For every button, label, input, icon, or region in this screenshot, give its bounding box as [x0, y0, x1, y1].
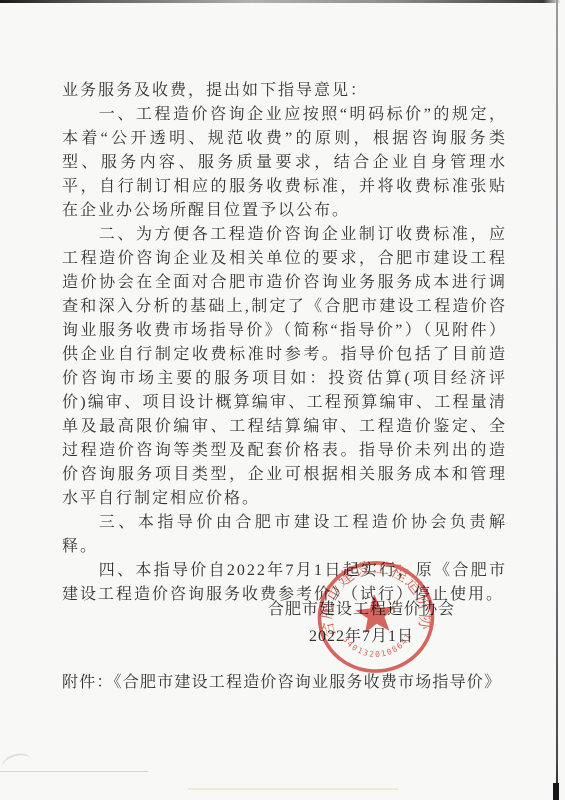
- scanned-document-page: 业务服务及收费，提出如下指导意见： 一、工程造价咨询企业应按照“明码标价”的规定…: [0, 0, 565, 800]
- paragraph-item-3: 三、本指导价由合肥市建设工程造价协会负责解释。: [62, 511, 507, 559]
- official-seal: 合肥市建设工程造价协会 3401320108641: [316, 558, 436, 676]
- document-body: 业务服务及收费，提出如下指导意见： 一、工程造价咨询企业应按照“明码标价”的规定…: [62, 79, 507, 607]
- seal-star-icon: [354, 592, 397, 633]
- scan-edge-top: [0, 0, 560, 3]
- scan-artifact-scribble: [0, 750, 34, 777]
- scan-artifact-line: [188, 788, 398, 790]
- scan-corner-mark: [553, 783, 559, 800]
- paragraph-item-1: 一、工程造价咨询企业应按照“明码标价”的规定，本着“公开透明、规范收费”的原则，…: [62, 103, 507, 223]
- paragraph-intro: 业务服务及收费，提出如下指导意见：: [62, 79, 507, 103]
- paragraph-item-2: 二、为方便各工程造价咨询企业制订收费标准，应工程造价咨询企业及相关单位的要求，合…: [62, 223, 507, 511]
- seal-serial-number: 3401320108641: [341, 629, 416, 662]
- scan-edge-right: [556, 0, 558, 800]
